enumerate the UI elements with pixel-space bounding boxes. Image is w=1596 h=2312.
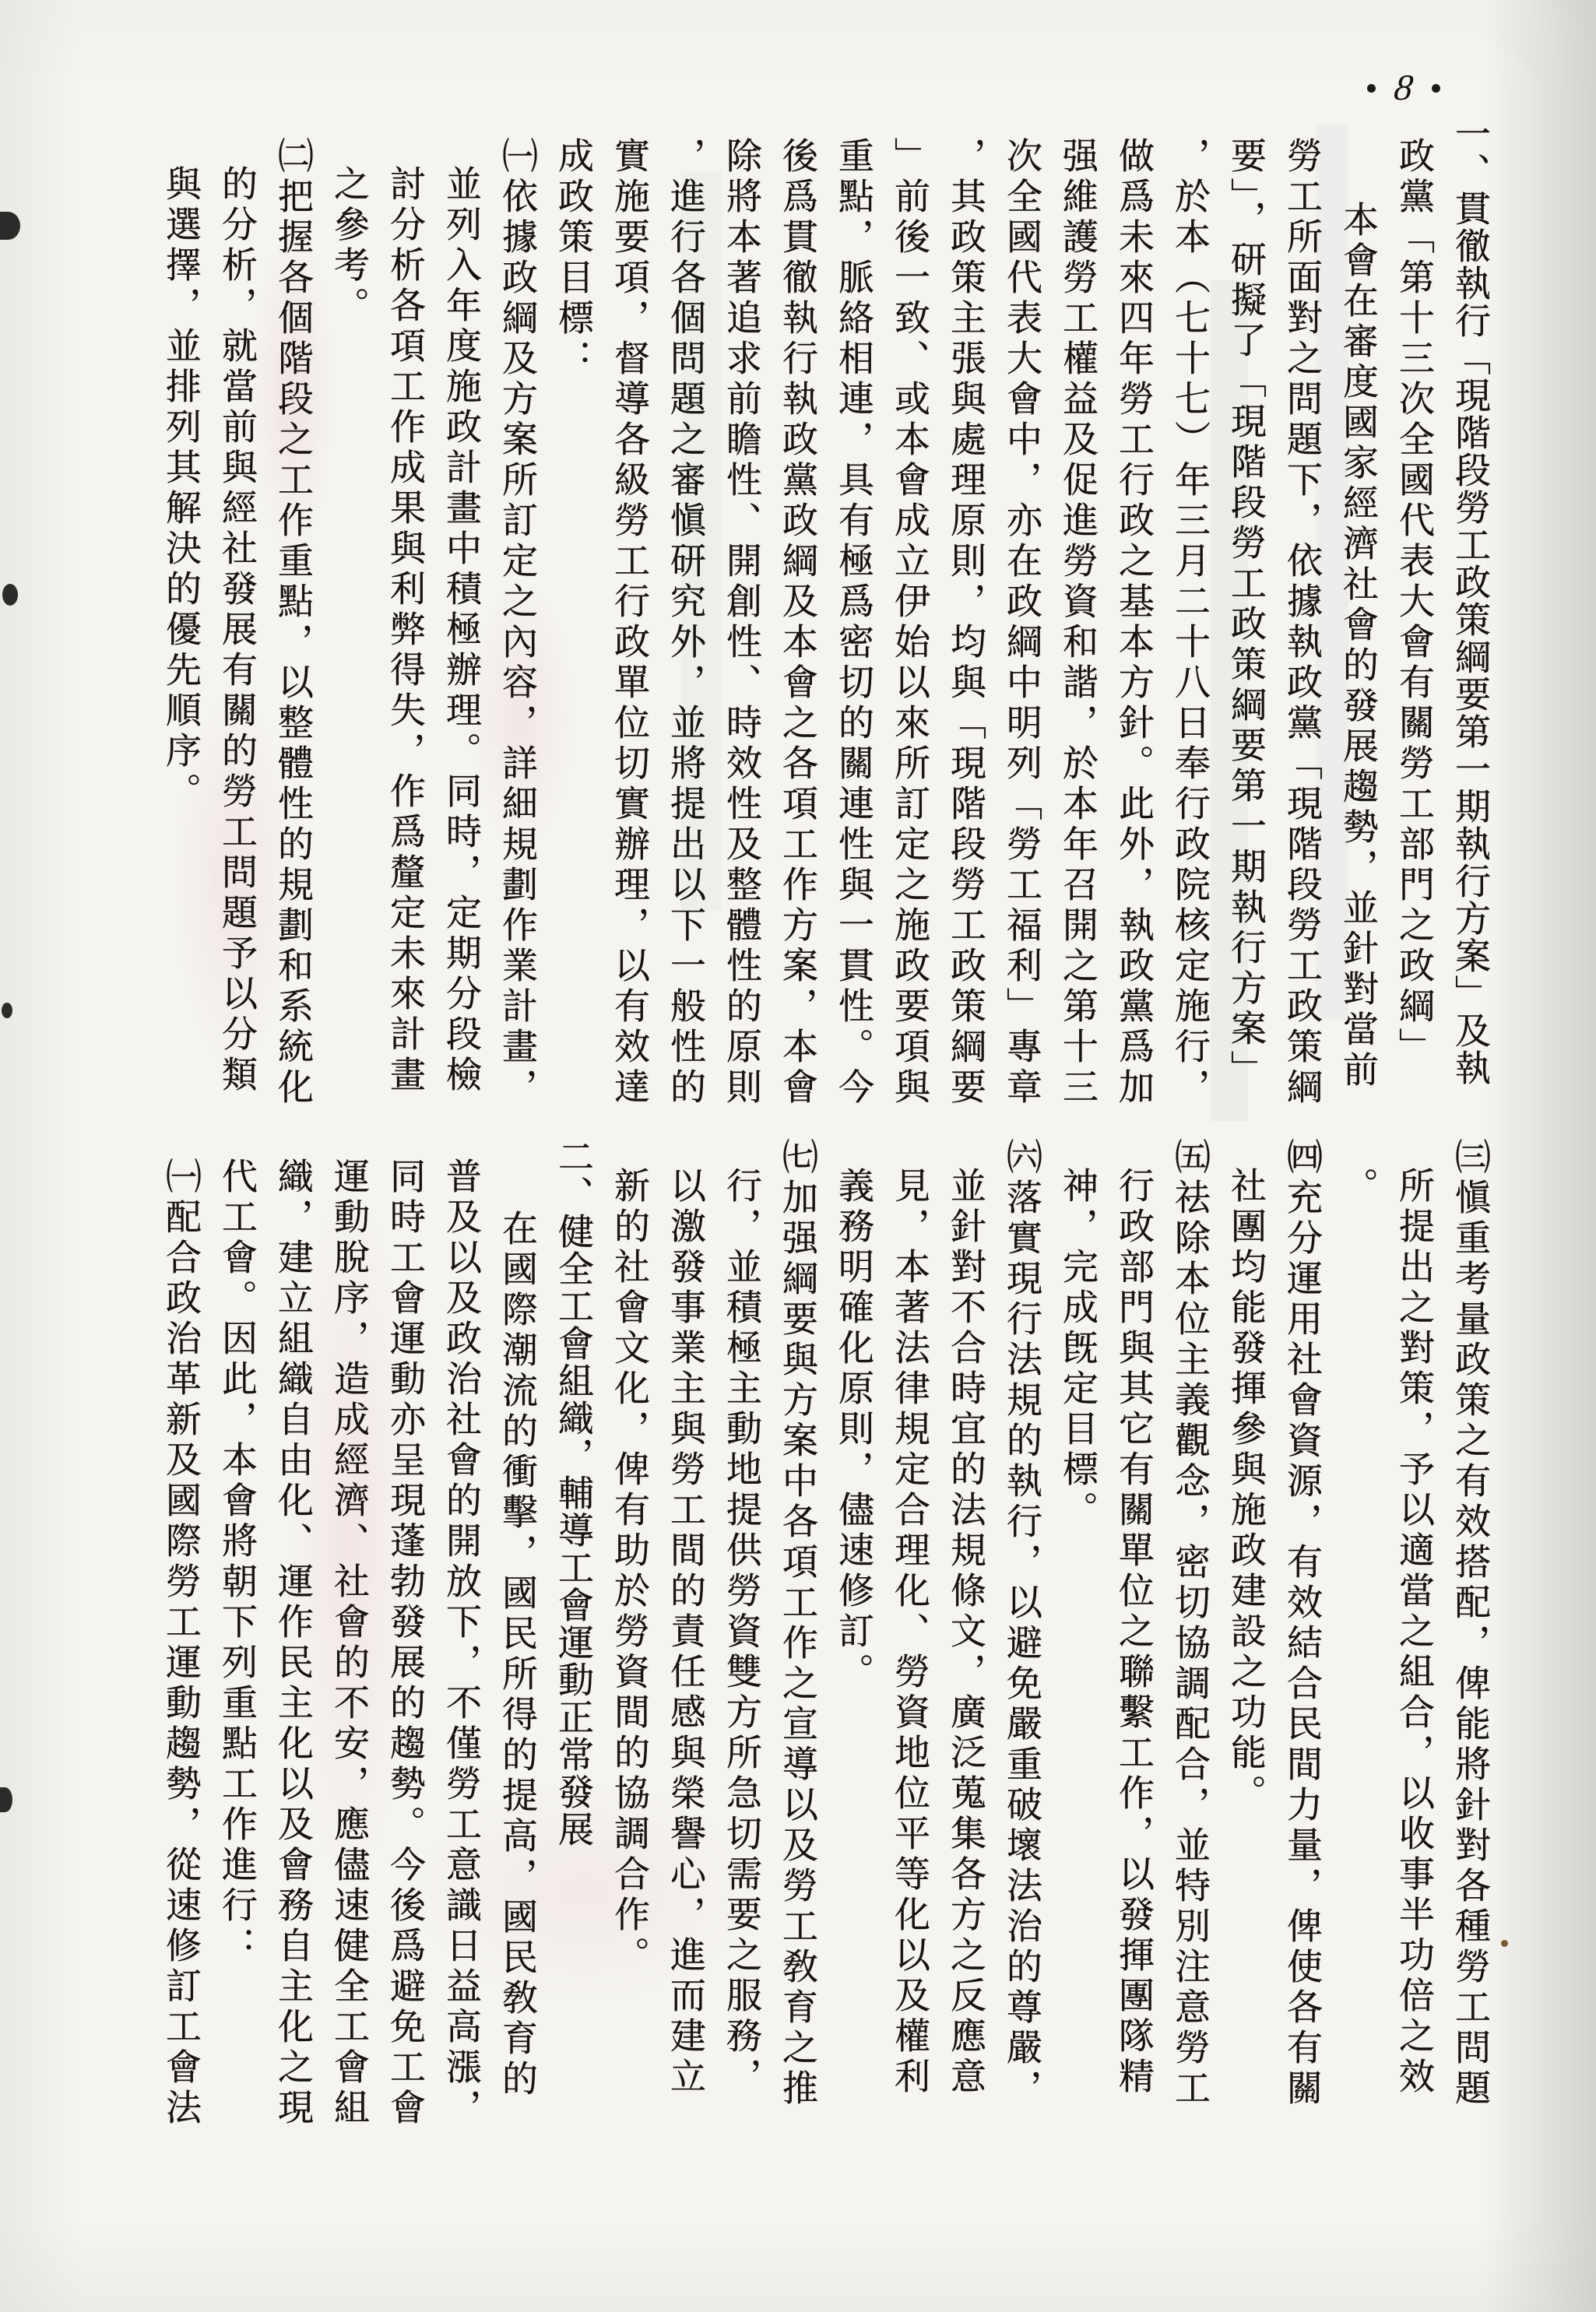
text-column: 二、健全工會組織，輔導工會運動正常發展 bbox=[555, 1138, 592, 2282]
text-column: ㈦加强綱要與方案中各項工作之宣導以及勞工敎育之推 bbox=[779, 1138, 816, 2282]
text-column: 義務明確化原則，儘速修訂。 bbox=[835, 1138, 872, 2282]
text-column: 以激發事業主與勞工間的責任感與榮譽心，進而建立 bbox=[667, 1138, 704, 2282]
text-column: 新的社會文化，俾有助於勞資間的協調合作。 bbox=[611, 1138, 648, 2282]
text-column: 運動脫序，造成經濟、社會的不安，應儘速健全工會組 bbox=[331, 1138, 367, 2282]
page-number-value: 8 bbox=[1392, 70, 1415, 107]
text-column: 重點，脈絡相連，具有極爲密切的關連性與一貫性。今 bbox=[835, 115, 872, 1228]
text-column: 與選擇，並排列其解決的優先順序。 bbox=[163, 115, 199, 1228]
text-column: 成政策目標： bbox=[555, 115, 592, 1228]
scanned-page: 8 一、貫徹執行「現階段勞工政策綱要第一期執行方案」及執政黨「第十三次全國代表大… bbox=[0, 0, 1596, 2312]
text-column: 次全國代表大會中，亦在政綱中明列「勞工福利」專章 bbox=[1004, 115, 1040, 1228]
text-column: 神，完成旣定目標。 bbox=[1060, 1138, 1096, 2282]
text-column: 除將本著追求前瞻性、開創性、時效性及整體性的原則 bbox=[723, 115, 760, 1228]
ink-speck bbox=[1501, 1940, 1508, 1947]
text-column: 政黨「第十三次全國代表大會有關勞工部門之政綱」 bbox=[1396, 115, 1433, 1228]
text-column: ㈠配合政治革新及國際勞工運動趨勢，從速修訂工會法 bbox=[163, 1138, 199, 2282]
section-1-text-block: 一、貫徹執行「現階段勞工政策綱要第一期執行方案」及執政黨「第十三次全國代表大會有… bbox=[143, 115, 1489, 1228]
text-column: 行，並積極主動地提供勞資雙方所急切需要之服務， bbox=[723, 1138, 760, 2282]
text-column: ㈢愼重考量政策之有效搭配，俾能將針對各種勞工問題 bbox=[1452, 1138, 1489, 2282]
text-column: 在國際潮流的衝擊，國民所得的提高，國民敎育的 bbox=[499, 1138, 536, 2282]
text-column: 普及以及政治社會的開放下，不僅勞工意識日益高漲， bbox=[443, 1138, 480, 2282]
text-column: 」前後一致、或本會成立伊始以來所訂定之施政要項與 bbox=[891, 115, 928, 1228]
text-column: 一、貫徹執行「現階段勞工政策綱要第一期執行方案」及執 bbox=[1452, 115, 1489, 1228]
text-column: ㈤祛除本位主義觀念，密切協調配合，並特別注意勞工 bbox=[1172, 1138, 1208, 2282]
text-column: 所提出之對策，予以適當之組合，以收事半功倍之效 bbox=[1396, 1138, 1433, 2282]
text-column: ㈣充分運用社會資源，有效結合民間力量，俾使各有關 bbox=[1284, 1138, 1320, 2282]
text-column: 社團均能發揮參與施政建設之功能。 bbox=[1228, 1138, 1264, 2282]
text-column: 行政部門與其它有關單位之聯繫工作，以發揮團隊精 bbox=[1116, 1138, 1152, 2282]
text-column: 。 bbox=[1340, 1138, 1376, 2282]
text-column: ，於本（七十七）年三月二十八日奉行政院核定施行， bbox=[1172, 115, 1208, 1228]
text-column: 同時工會運動亦呈現蓬勃發展的趨勢。今後爲避免工會 bbox=[387, 1138, 424, 2282]
binding-mark bbox=[2, 584, 18, 606]
binding-mark bbox=[0, 1787, 12, 1812]
binding-mark bbox=[0, 212, 20, 240]
text-column: 之參考。 bbox=[331, 115, 367, 1228]
text-column: ，其政策主張與處理原則，均與「現階段勞工政策綱要 bbox=[947, 115, 984, 1228]
text-column: ，進行各個問題之審愼研究外，並將提出以下一般性的 bbox=[667, 115, 704, 1228]
text-column: 後爲貫徹執行執政黨政綱及本會之各項工作方案，本會 bbox=[779, 115, 816, 1228]
text-column: 本會在審度國家經濟社會的發展趨勢，並針對當前 bbox=[1340, 115, 1376, 1228]
section-2-text-block: ㈢愼重考量政策之有效搭配，俾能將針對各種勞工問題所提出之對策，予以適當之組合，以… bbox=[143, 1138, 1489, 2282]
text-column: 代工會。因此，本會將朝下列重點工作進行： bbox=[219, 1138, 255, 2282]
text-column: 强維護勞工權益及促進勞資和諧，於本年召開之第十三 bbox=[1060, 115, 1096, 1228]
text-column: 並針對不合時宜的法規條文，廣泛蒐集各方之反應意 bbox=[947, 1138, 984, 2282]
text-column: 織，建立組織自由化、運作民主化以及會務自主化之現 bbox=[275, 1138, 311, 2282]
text-column: 見，本著法律規定合理化、勞資地位平等化以及權利 bbox=[891, 1138, 928, 2282]
text-column: ㈡把握各個階段之工作重點，以整體性的規劃和系統化 bbox=[275, 115, 311, 1228]
text-column: 勞工所面對之問題下，依據執政黨「現階段勞工政策綱 bbox=[1284, 115, 1320, 1228]
text-column: 實施要項，督導各級勞工行政單位切實辦理，以有效達 bbox=[611, 115, 648, 1228]
text-column: 做爲未來四年勞工行政之基本方針。此外，執政黨爲加 bbox=[1116, 115, 1152, 1228]
binding-mark bbox=[2, 1003, 12, 1018]
text-column: 的分析，就當前與經社發展有關的勞工問題予以分類 bbox=[219, 115, 255, 1228]
text-column: ㈥落實現行法規的執行，以避免嚴重破壞法治的尊嚴， bbox=[1004, 1138, 1040, 2282]
text-column: ㈠依據政綱及方案所訂定之內容，詳細規劃作業計畫， bbox=[499, 115, 536, 1228]
text-column: 並列入年度施政計畫中積極辦理。同時，定期分段檢 bbox=[443, 115, 480, 1228]
page-number-dot-right bbox=[1432, 84, 1440, 93]
text-column: 要」，研擬了「現階段勞工政策綱要第一期執行方案」 bbox=[1228, 115, 1264, 1228]
page-number-dot-left bbox=[1367, 84, 1376, 93]
page-number: 8 bbox=[1367, 70, 1440, 107]
text-column: 討分析各項工作成果與利弊得失，作爲釐定未來計畫 bbox=[387, 115, 424, 1228]
